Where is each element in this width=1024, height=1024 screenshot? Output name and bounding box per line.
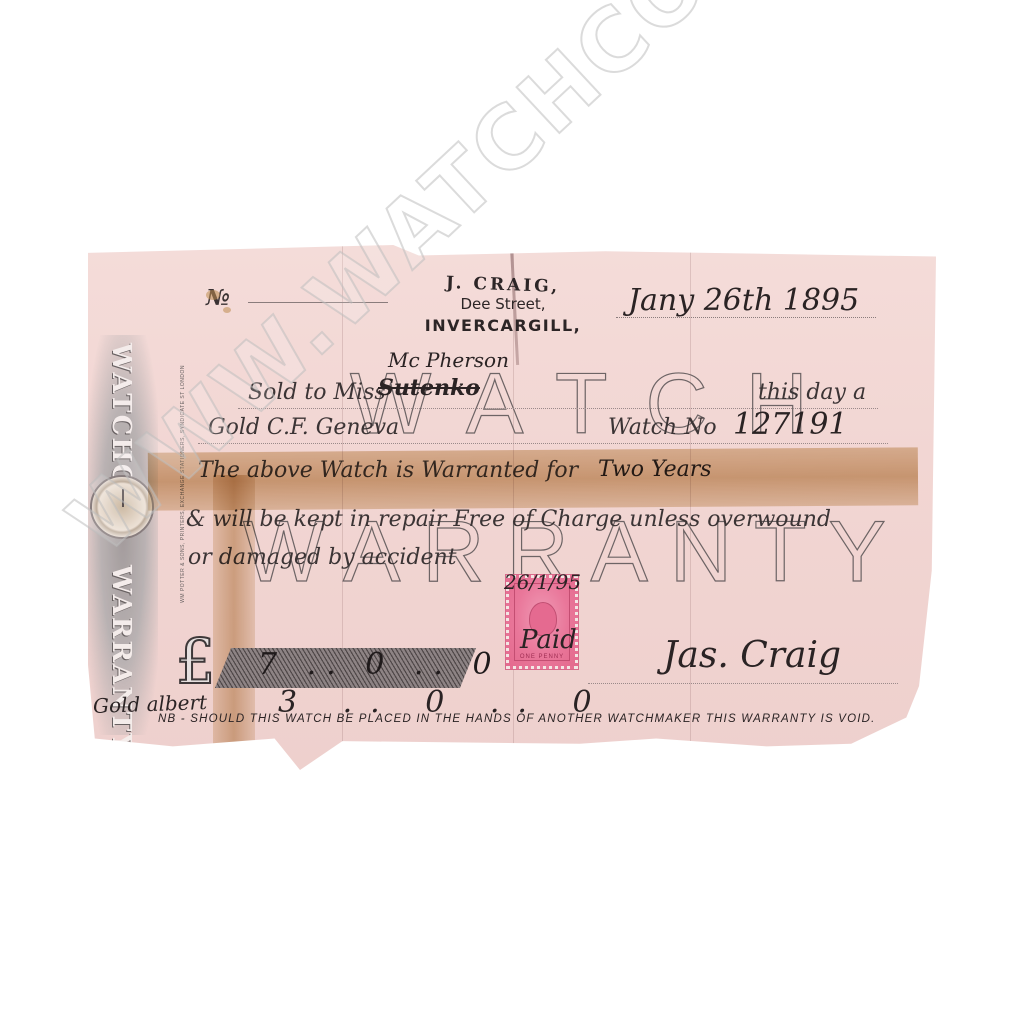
item-description: Gold C.F. Geneva: [208, 415, 399, 440]
merchant-name: J. CRAIG,: [428, 272, 579, 297]
merchant-city: INVERCARGILL,: [403, 316, 603, 335]
side-title-band: WATCHO WARRANTY: [88, 335, 158, 735]
pocket-watch-icon: [90, 475, 154, 539]
stamp-paid-mark: Paid: [520, 625, 577, 655]
watch-number: 127191: [733, 407, 848, 442]
handwritten-date: Jany 26th 1895: [628, 283, 859, 318]
side-title-bottom: WARRANTY: [96, 565, 136, 754]
amount-value: 7 .. 0 .. 0: [258, 647, 502, 682]
tape-repair-horizontal: [148, 447, 918, 510]
buyer-name-correction: Mc Pherson: [388, 348, 509, 372]
number-rule: [248, 302, 388, 303]
sold-to-label: Sold to Miss: [248, 380, 386, 405]
sold-suffix: this day a: [758, 380, 866, 405]
warranty-document: WATCHO WARRANTY WM POTTER & SONS, PRINTE…: [88, 245, 936, 770]
stain: [206, 290, 220, 300]
signature-rule: [588, 683, 898, 684]
buyer-name-struck: Sutenko: [378, 375, 480, 401]
rule: [198, 443, 888, 444]
stain: [223, 307, 231, 313]
footer-note: NB - SHOULD THIS WATCH BE PLACED IN THE …: [158, 713, 876, 725]
date-rule: [616, 317, 876, 318]
repair-clause: & will be kept in repair Free of Charge …: [186, 507, 831, 532]
stamp-cancel-date: 26/1/95: [504, 570, 581, 594]
signature: Jas. Craig: [663, 635, 841, 676]
side-title-top: WATCHO: [96, 343, 136, 489]
watch-number-label: Watch No: [608, 415, 717, 440]
pound-symbol: £: [176, 625, 215, 698]
merchant-street: Dee Street,: [428, 295, 578, 313]
